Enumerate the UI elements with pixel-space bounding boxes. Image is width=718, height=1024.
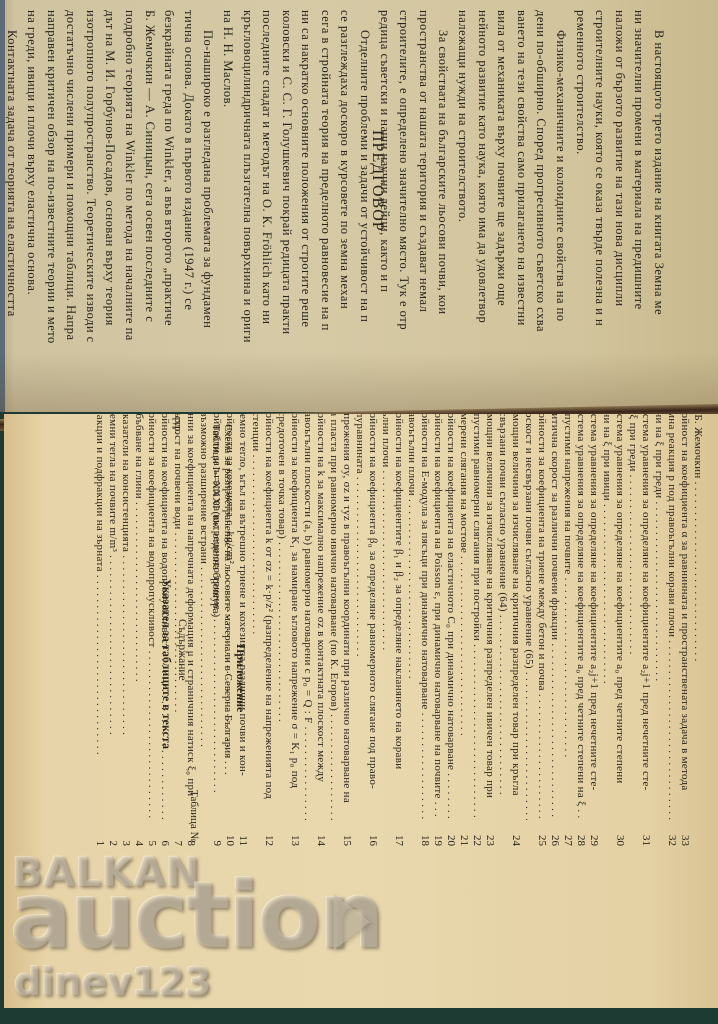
toc-table-number [626, 820, 639, 854]
toc-row: Стойности на коефициента β₀ за определян… [366, 414, 379, 854]
toc-entry-text: Допустими равномерни слягания при постро… [470, 414, 483, 820]
toc-entry-text: несвързани почви съгласно уравнение (64)… [496, 414, 509, 820]
toc-row: 627Земна реакция p под правоъгълни корав… [665, 414, 678, 854]
preface-line: Б. Жемочкин — А. Синицын, сега освен пос… [139, 10, 159, 410]
toc-row: Стойности на k за максимално напрежение … [314, 414, 327, 854]
toc-entry-text: Данни за коефициента на напречната дефор… [184, 414, 197, 820]
preface-line: гашна твърде оскъдна физическа база, не … [0, 10, 2, 410]
toc-row: Помощни величини за изчисляване на крити… [483, 414, 496, 854]
toc-row: 110Стойности за кохезията c, kg/cm² . . … [223, 414, 236, 854]
preface-line: последните спадат и методът на О. К. Frö… [257, 10, 277, 410]
preface-line: на греди, ивици и плочи върху еластична … [21, 10, 41, 410]
toc-entry-text: Система уравнения за определяне на коефи… [574, 414, 587, 820]
toc-row: 95невъзможно разширение встрани . . . . … [197, 414, 210, 854]
toc-table-number: 19 [431, 820, 444, 854]
toc-table-number: 12 [262, 820, 275, 854]
watermark-auction: auction [10, 862, 382, 969]
toc-table-number: 21 [457, 820, 470, 854]
toc-table-number: 27 [561, 820, 574, 854]
toc-row: 191два пласта при равномерно ивично нато… [327, 414, 340, 854]
toc-entry-text: Система уравнения за определяне на коефи… [613, 414, 626, 820]
preface-line: подробно теорията на Winkler по метода н… [119, 10, 139, 410]
toc-table-number [275, 820, 288, 854]
toc-table-number: 18 [418, 820, 431, 854]
toc-row: 80Твърдост на почвени води . . . . . . .… [171, 414, 184, 854]
preface-line: строителите, е определено значително мяс… [394, 10, 414, 410]
toc-row: 122систенции . . . . . . . . . . . . . .… [249, 414, 262, 854]
toc-table-number [600, 820, 613, 854]
toc-table-number: 5 [145, 820, 158, 854]
toc-row: 50Обемни тегла на почвите m/m³ . . . . .… [106, 414, 119, 854]
preface-line: ременното строителство. [570, 10, 590, 410]
toc-entry-text: Помощни величини за изчисляване на крити… [483, 414, 496, 820]
toc-row: 10Фракции и подфракции на зърната . . . … [93, 414, 106, 854]
preface-line: Отделните проблеми и задачи от устойчиво… [355, 10, 375, 410]
toc-entry-text: Обемни тегла на почвите m/m³ . . . . . .… [106, 414, 119, 820]
toc-row: 65Показатели на консистенцията . . . . .… [119, 414, 132, 854]
watermark-user: dinev123 [14, 960, 211, 1004]
toc-row: Помощни величини за изчисляване на крити… [509, 414, 522, 854]
toc-row: 362Стойности за коефициента на триене ме… [535, 414, 548, 854]
toc-row: 104Стойности за ъгъла на вътрешното трие… [210, 414, 223, 854]
toc-row: 604на ξ при греди . . . . . . . . . . . … [626, 414, 639, 854]
toc-table-number: 31 [639, 820, 652, 854]
toc-row: 223Стойности на E-модула за пясъци при д… [418, 414, 431, 854]
toc-table-number: 14 [314, 820, 327, 854]
toc-row: 332несвързани почви съгласно уравнение (… [496, 414, 509, 854]
toc-row: 194полуравнината . . . . . . . . . . . .… [353, 414, 366, 854]
toc-table-number: 11 [236, 820, 249, 854]
toc-entry-text: ъгълни плочи . . . . . . . . . . . . . .… [379, 414, 392, 820]
toc-table-number: 9 [210, 820, 223, 854]
toc-row: Система уравнения за определяне на коефи… [639, 414, 652, 854]
toc-row: Стойност на коефициента α за равнинната … [678, 414, 691, 854]
preface-line: изотропното полупространство. Теоретичес… [80, 10, 100, 410]
toc-entry-text: систенции . . . . . . . . . . . . . . . … [249, 414, 262, 820]
toc-table-number [249, 820, 262, 854]
watermark-arrow-icon [334, 894, 370, 950]
toc-row: Стойности за коефициента K₁ за намиране … [288, 414, 301, 854]
toc-row: Стойности на коефициентите β₁ и β₂ за оп… [392, 414, 405, 854]
preface-line: В настоящото трето издание на книгата Зе… [648, 10, 668, 410]
toc-table-number: 4 [132, 820, 145, 854]
toc-row: 335плоскост и несвързани почви съгласно … [522, 414, 535, 854]
preface-line: По-нашироко е разгледана проблемата за ф… [198, 10, 218, 410]
preface-line: се разглеждаха доскоро в курсовете по зе… [335, 10, 355, 410]
toc-entry-text: Стойности на коефициента k от σz = k·p/z… [262, 414, 275, 820]
toc-rows: 10Фракции и подфракции на зърната . . . … [93, 414, 704, 854]
toc-entry-text: съсредоточен в точка товар) . . . . . . … [275, 414, 288, 820]
toc-entry-text: Стойност на коефициента α за равнинната … [678, 414, 691, 820]
toc-row: 74Стойности за коефициента на водопропус… [145, 414, 158, 854]
toc-table-number [379, 820, 392, 854]
preface-line: вила от механиката върху почвите ще задъ… [492, 10, 512, 410]
toc-row: 238Измерени слягания на мостове . . . . … [457, 414, 470, 854]
toc-table-number [496, 820, 509, 854]
toc-table-number: 29 [587, 820, 600, 854]
preface-line: пространства от нашата територия и създа… [413, 10, 433, 410]
toc-table-number [301, 820, 314, 854]
toc-entry-text: невъзможно разширение встрани . . . . . … [197, 414, 210, 820]
toc-entry-text: Обемно тегло, ъгъл на вътрешно триене и … [236, 414, 249, 820]
toc-entry-text: Стойности на коефициента на Poisson ε, п… [431, 414, 444, 820]
preface-line: належащи нужди на строителството. [452, 10, 472, 410]
preface-line: тична основа. Докато в първото издание (… [178, 10, 198, 410]
preface-line: ни значителни промени в материала на пре… [629, 10, 649, 410]
toc-entry-text: правоъгълни плочи . . . . . . . . . . . … [405, 414, 418, 820]
toc-row: 221правоъгълни плочи . . . . . . . . . .… [405, 414, 418, 854]
toc-row: Обемно тегло, ъгъл на вътрешно триене и … [236, 414, 249, 854]
toc-row: 69Набъбване на глини . . . . . . . . . .… [132, 414, 145, 854]
toc-table-number: 16 [366, 820, 379, 854]
preface-line: Физико-механичните и колоидните свойства… [550, 10, 570, 410]
toc-row: 578Система уравнения за определяне на ко… [574, 414, 587, 854]
toc-entry-text: Критична скорост за различни почвени фра… [548, 414, 561, 820]
toc-entry-text: на ξ при греди . . . . . . . . . . . . .… [626, 414, 639, 820]
preface-line: нейното развитие като наука, която има д… [472, 10, 492, 410]
toc-table-number [522, 820, 535, 854]
preface-line: достатъчно числени примери и помощни таб… [61, 10, 81, 410]
toc-table-number: 22 [470, 820, 483, 854]
toc-row: 74Стойности на коефициента на водопропус… [158, 414, 171, 854]
toc-entry-text: Показатели на консистенцията . . . . . .… [119, 414, 132, 820]
contents-page: Приложение Схема за разпространение на л… [4, 414, 718, 1010]
toc-entry-text: пени на ξ при ивици . . . . . . . . . . … [600, 414, 613, 820]
preface-line: За свойствата на българските льосови поч… [433, 10, 453, 410]
toc-table-number: 8 [184, 820, 197, 854]
toc-entry-text: Напрежения σy, σz и τyz в правоъгълни ко… [340, 414, 353, 820]
preface-body: В настоящото трето издание на книгата Зе… [0, 10, 668, 410]
preface-line: дени по-обширно. Според прогресивното съ… [531, 10, 551, 410]
toc-table-number [691, 820, 704, 854]
preface-line: направен критичен обзор на по-известните… [41, 10, 61, 410]
preface-line: Контактната задача от теорията на еласти… [2, 10, 22, 410]
preface-line: дът на М. И. Горбунов-Посадов, основан в… [100, 10, 120, 410]
toc-table-number: 3 [119, 820, 132, 854]
toc-row: Напрежения σy, σz и τyz в правоъгълни ко… [340, 414, 353, 854]
preface-page: ПРЕДГОВОР В настоящото трето издание на … [0, 0, 718, 412]
toc-entry-text: Фракции и подфракции на зърната . . . . … [93, 414, 106, 820]
toc-entry-text: Система уравнения за определяне на коефи… [587, 414, 600, 820]
toc-row: 578пени на ξ при ивици . . . . . . . . .… [600, 414, 613, 854]
toc-entry-text: Набъбване на глини . . . . . . . . . . .… [132, 414, 145, 820]
toc-row: 496Допустими напрежения на почвите . . .… [561, 414, 574, 854]
preface-line: ването на тези свойства само прилагането… [511, 10, 531, 410]
toc-entry-text: плоскост и несвързани почви съгласно ура… [522, 414, 535, 820]
toc-entry-text: Стойности за коефициента на триене между… [535, 414, 548, 820]
toc-row: 474Критична скорост за различни почвени … [548, 414, 561, 854]
toc-row: 227Стойности на коефициента на еластично… [444, 414, 457, 854]
preface-line: кръгловоцилиндричната плъзгателна повърх… [237, 10, 257, 410]
toc-row: Система уравнения за определяне на коефи… [613, 414, 626, 854]
toc-entry-text: Земна реакция p под правоъгълни корави п… [665, 414, 678, 820]
preface-line: наложи от бързото развитие на тази нова … [609, 10, 629, 410]
toc-table-number: 17 [392, 820, 405, 854]
toc-row: Стойности на коефициента k от σz = k·p/z… [262, 414, 275, 854]
toc-entry-text: Стойности за кохезията c, kg/cm² . . . .… [223, 414, 236, 820]
preface-line: безкрайната греда по Winkler, а във втор… [159, 10, 179, 410]
toc-entry-text: Стойности на коефициентите β₁ и β₂ за оп… [392, 414, 405, 820]
toc-table-number: 20 [444, 820, 457, 854]
toc-row: 238Допустими равномерни слягания при пос… [470, 414, 483, 854]
toc-table-number: 15 [340, 820, 353, 854]
toc-entry-text: Стойности на коефициента на еластичното … [444, 414, 457, 820]
toc-row: Система уравнения за определяне на коефи… [587, 414, 600, 854]
toc-entry-text: Измерени слягания на мостове . . . . . .… [457, 414, 470, 820]
toc-entry-text: Стойности на коефициента β₀ за определян… [366, 414, 379, 820]
toc-table-number: 33 [678, 820, 691, 854]
toc-table-number [405, 820, 418, 854]
toc-entry-text: правоъгълни плоскости (a, b) равномерно … [301, 414, 314, 820]
toc-row: 221ъгълни плочи . . . . . . . . . . . . … [379, 414, 392, 854]
toc-table-number: 28 [574, 820, 587, 854]
preface-line: ни са накратко основните положения от ст… [296, 10, 316, 410]
toc-table-number: 10 [223, 820, 236, 854]
toc-table-number: 24 [509, 820, 522, 854]
toc-entry-text: Стойности на k за максимално напрежение … [314, 414, 327, 820]
toc-table-number: 23 [483, 820, 496, 854]
toc-table-number [353, 820, 366, 854]
toc-row: 164съсредоточен в точка товар) . . . . .… [275, 414, 288, 854]
toc-table-number [327, 820, 340, 854]
table-surface [0, 1008, 718, 1024]
toc-entry-text: Стойности за ъгъла на вътрешното триене … [210, 414, 223, 820]
toc-entry-text: Стойности за коефициента K₁ за намиране … [288, 414, 301, 820]
toc-entry-text: на Б. Жемочкин . . . . . . . . . . . . .… [691, 414, 704, 820]
preface-line: на Н. Н. Маслов. [217, 10, 237, 410]
toc-table-number: 7 [171, 820, 184, 854]
toc-entry-text: Твърдост на почвени води . . . . . . . .… [171, 414, 184, 820]
toc-table-number: 13 [288, 820, 301, 854]
toc-entry-text: Допустими напрежения на почвите . . . . … [561, 414, 574, 820]
toc-entry-text: Помощни величини за изчисляване на крити… [509, 414, 522, 820]
toc-row: 604пени на ξ при греди . . . . . . . . .… [652, 414, 665, 854]
toc-table-number: 26 [548, 820, 561, 854]
preface-line: строителните науки, която се оказа твърд… [590, 10, 610, 410]
preface-line: сега в стройната теория на пределното ра… [315, 10, 335, 410]
toc-entry-text: Система уравнения за определяне на коефи… [639, 414, 652, 820]
toc-table-number: 32 [665, 820, 678, 854]
preface-line: редица съветски и наши научни дейци, как… [374, 10, 394, 410]
preface-line: коловски и С. С. Г. Голушкевич покрай ре… [276, 10, 296, 410]
toc-table-number: 30 [613, 820, 626, 854]
toc-row: 631на Б. Жемочкин . . . . . . . . . . . … [691, 414, 704, 854]
toc-table-number: 2 [106, 820, 119, 854]
toc-table-number [197, 820, 210, 854]
toc-entry-text: Стойности на E-модула за пясъци при дина… [418, 414, 431, 820]
toc-row: Данни за коефициента на напречната дефор… [184, 414, 197, 854]
toc-table-number: 1 [93, 820, 106, 854]
toc-row: 224Стойности на коефициента на Poisson ε… [431, 414, 444, 854]
toc-entry-text: Стойности за коефициента на водопропускл… [145, 414, 158, 820]
toc-table-number: 25 [535, 820, 548, 854]
toc-entry-text: Стойности на коефициента на водопропускл… [158, 414, 171, 820]
toc-entry-text: полуравнината . . . . . . . . . . . . . … [353, 414, 366, 820]
toc-entry-text: два пласта при равномерно ивично натовар… [327, 414, 340, 820]
toc-row: 187правоъгълни плоскости (a, b) равномер… [301, 414, 314, 854]
toc-entry-text: пени на ξ при греди . . . . . . . . . . … [652, 414, 665, 820]
toc-table-number: 6 [158, 820, 171, 854]
toc-table-number [652, 820, 665, 854]
